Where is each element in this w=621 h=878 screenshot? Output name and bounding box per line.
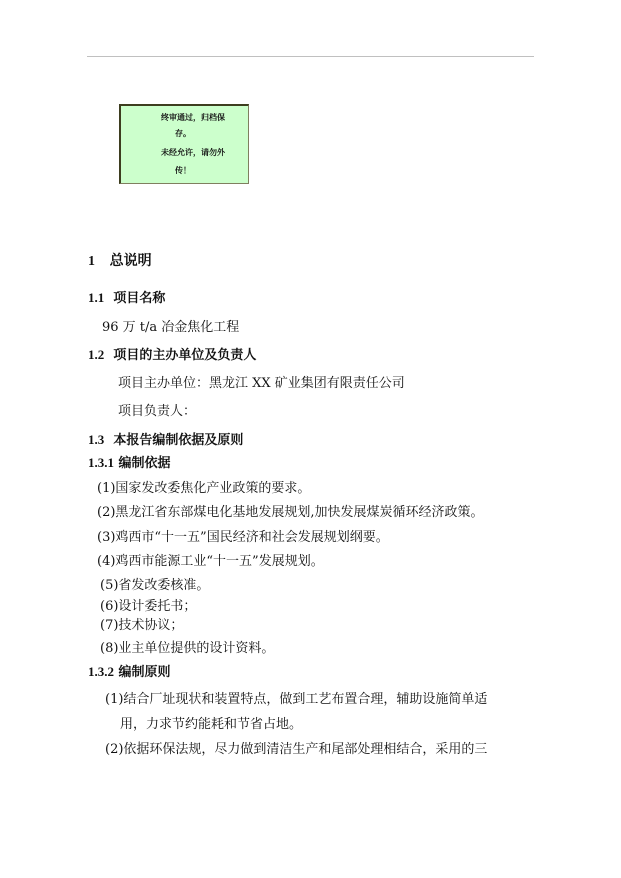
heading-1-title: 总说明 — [110, 253, 152, 269]
basis-item: (7)技术协议； — [100, 614, 183, 633]
heading-1-3-2-title: 编制原则 — [119, 665, 171, 680]
heading-1-1: 1.1 项目名称 — [88, 287, 165, 306]
heading-1: 1 总说明 — [88, 250, 152, 270]
heading-1-3-1-title: 编制依据 — [119, 456, 171, 471]
basis-item: (5)省发改委核准。 — [100, 574, 209, 593]
approval-stamp: 终审通过，归档保 存。 未经允许，请勿外 传！ — [119, 104, 249, 184]
project-name: 96 万 t/a 冶金焦化工程 — [102, 316, 239, 335]
basis-item: (8)业主单位提供的设计资料。 — [100, 637, 274, 656]
basis-item: (3)鸡西市“十一五”国民经济和社会发展规划纲要。 — [97, 526, 389, 545]
principle-item-continued: 用，力求节约能耗和节省占地。 — [120, 713, 302, 732]
heading-1-3-1: 1.3.1 编制依据 — [88, 452, 171, 471]
heading-1-3-title: 本报告编制依据及原则 — [113, 433, 243, 448]
heading-1-2-title: 项目的主办单位及负责人 — [113, 348, 256, 363]
principle-item: (1)结合厂址现状和装置特点，做到工艺布置合理，辅助设施简单适 — [105, 688, 487, 707]
basis-item: (4)鸡西市能源工业“十一五”发展规划。 — [97, 550, 324, 569]
heading-1-3: 1.3 本报告编制依据及原则 — [88, 429, 243, 448]
heading-1-3-2: 1.3.2 编制原则 — [88, 661, 171, 680]
principle-item: (2)依据环保法规，尽力做到清洁生产和尾部处理相结合，采用的三 — [105, 738, 487, 757]
heading-1-1-title: 项目名称 — [113, 291, 165, 306]
stamp-line: 存。 — [175, 128, 191, 139]
basis-item: (1)国家发改委焦化产业政策的要求。 — [97, 477, 310, 496]
host-unit: 项目主办单位：黑龙江 XX 矿业集团有限责任公司 — [118, 372, 405, 391]
stamp-line: 终审通过，归档保 — [161, 112, 225, 123]
basis-item: (6)设计委托书； — [100, 595, 196, 614]
header-rule — [87, 56, 534, 57]
stamp-line: 未经允许，请勿外 — [161, 147, 225, 158]
responsible-person: 项目负责人： — [118, 400, 196, 419]
basis-item: (2)黑龙江省东部煤电化基地发展规划,加快发展煤炭循环经济政策。 — [97, 501, 484, 520]
stamp-line: 传！ — [175, 165, 191, 176]
heading-1-2: 1.2 项目的主办单位及负责人 — [88, 344, 256, 363]
